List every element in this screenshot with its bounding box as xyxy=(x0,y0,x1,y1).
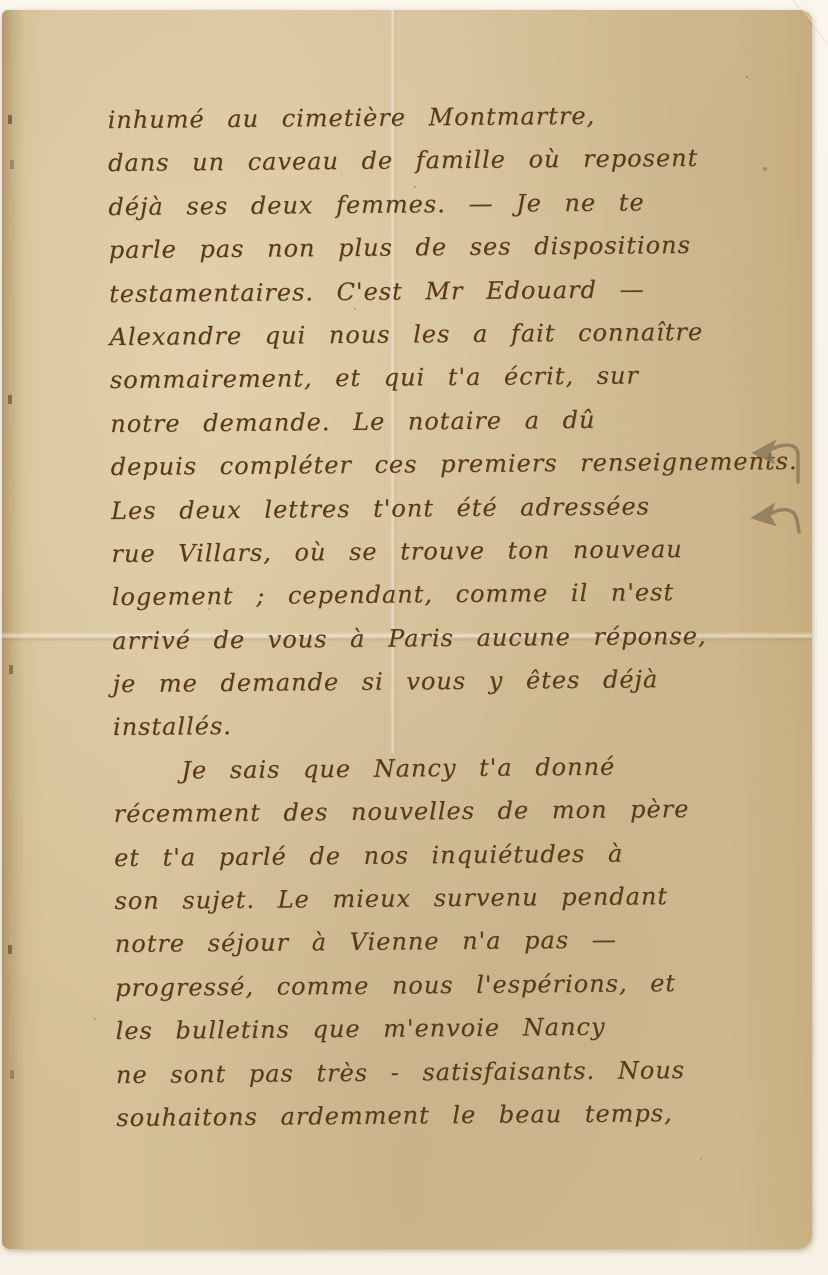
letter-line: rue Villars, où se trouve ton nouveau xyxy=(111,527,811,576)
letter-line: sommairement, et qui t'a écrit, sur xyxy=(110,353,810,402)
letter-line: les bulletins que m'envoie Nancy xyxy=(115,1004,815,1053)
letter-line: ne sont pas très - satisfaisants. Nous xyxy=(116,1048,816,1097)
letter-line: installés. xyxy=(113,700,813,749)
letter-line: logement ; cependant, comme il n'est xyxy=(112,570,812,619)
letter-line: Alexandre qui nous les a fait connaître xyxy=(109,310,809,359)
letter-line: notre demande. Le notaire a dû xyxy=(110,397,810,446)
letter-line: souhaitons ardemment le beau temps, xyxy=(116,1091,816,1140)
letter-line: déjà ses deux femmes. — Je ne te xyxy=(108,180,808,229)
left-torn-binding-edge xyxy=(2,10,24,1249)
letter-line: notre séjour à Vienne n'a pas — xyxy=(115,917,815,966)
letter-line: depuis compléter ces premiers renseignem… xyxy=(110,440,810,489)
pencil-arrow-upper-icon xyxy=(753,441,798,482)
letter-line: Les deux lettres t'ont été adressées xyxy=(111,483,811,532)
pencil-arrow-marks xyxy=(740,428,812,540)
letter-line: récemment des nouvelles de mon père xyxy=(114,787,814,836)
diagonal-crease xyxy=(663,0,828,73)
scanned-letter-page: inhumé au cimetière Montmartre, dans un … xyxy=(0,0,828,1275)
binding-ink-marks xyxy=(8,10,12,19)
letter-line: je me demande si vous y êtes déjà xyxy=(112,657,812,706)
letter-line: progressé, comme nous l'espérions, et xyxy=(115,961,815,1010)
letter-line: testamentaires. C'est Mr Edouard — xyxy=(109,267,809,316)
letter-paper: inhumé au cimetière Montmartre, dans un … xyxy=(2,10,812,1249)
letter-line: arrivé de vous à Paris aucune réponse, xyxy=(112,614,812,663)
letter-line: et t'a parlé de nos inquiétudes à xyxy=(114,831,814,880)
letter-line: Je sais que Nancy t'a donné xyxy=(113,744,813,793)
letter-body: inhumé au cimetière Montmartre, dans un … xyxy=(107,93,816,1140)
pencil-arrow-lower-icon xyxy=(752,504,799,532)
letter-line: parle pas non plus de ses dispositions xyxy=(109,223,809,272)
letter-line: inhumé au cimetière Montmartre, xyxy=(107,93,807,142)
letter-line: dans un caveau de famille où reposent xyxy=(108,136,808,185)
paper-specks xyxy=(2,10,4,12)
letter-line: son sujet. Le mieux survenu pendant xyxy=(114,874,814,923)
